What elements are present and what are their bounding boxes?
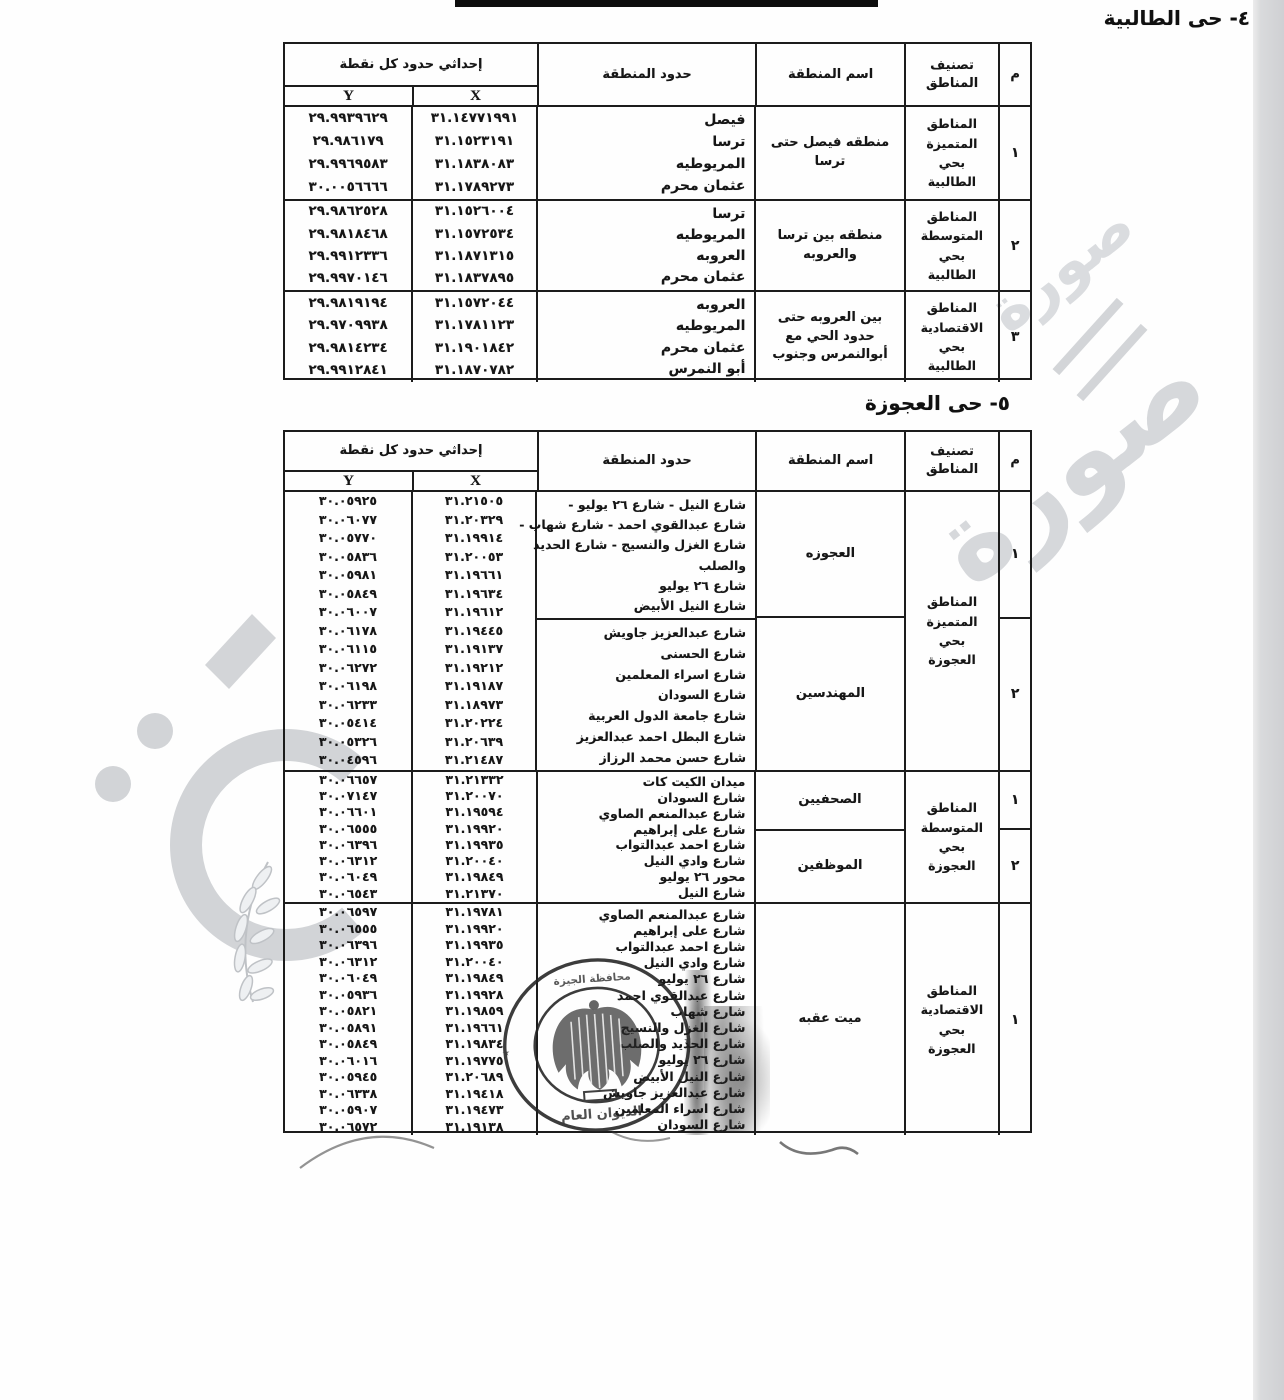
y-coordinate-value: ٣٠.٠٦١١٥	[319, 643, 377, 656]
y-coordinate-value: ٣٠.٠٥٩٠٧	[319, 1104, 377, 1117]
y-coordinate-value: ٣٠.٠٥٤١٤	[319, 717, 377, 730]
x-coordinate-value: ٣١.٢١٥٠٥	[445, 495, 503, 508]
col-header-bounds: حدود المنطقة	[537, 432, 755, 490]
x-coordinate-value: ٣١.٢١٣٧٠	[445, 888, 503, 901]
stamp-star-ornament: ٭	[501, 1043, 510, 1062]
table-header-row: م تصنيف المناطق اسم المنطقة حدود المنطقة…	[285, 44, 1030, 107]
boundary-line: ميدان الكيت كات	[547, 774, 746, 789]
x-coordinate-value: ٣١.١٨٧١٣١٥	[435, 250, 514, 264]
boundary-line: شارع جامعة الدول العربية	[546, 708, 746, 723]
y-coordinate-value: ٣٠.٠٥٨٤٩	[319, 588, 377, 601]
y-coordinate-value: ٣٠.٠٦٣١٢	[319, 855, 377, 868]
y-coordinate-value: ٢٩.٩٩٣٩٦٢٩	[309, 112, 388, 126]
boundary-line: شارع النيل - شارع ٢٦ يوليو -	[546, 497, 746, 512]
y-coordinate-value: ٣٠.٠٦٠٤٩	[319, 972, 377, 985]
scanned-document-page: صورة صورة ٤- حى الطالبية م تصنيف ال	[0, 0, 1284, 1400]
boundary-line: شارع ٢٦ يوليو	[546, 578, 746, 593]
col-header-coords: إحداثي حدود كل نقطة	[285, 44, 537, 87]
classification-cell: المناطق المتميزة بحي الطالبية	[904, 107, 999, 199]
x-coordinate-value: ٣١.١٩٨٤٩	[445, 871, 503, 884]
x-coordinate-value: ٣١.١٩٧٨١	[445, 906, 503, 919]
x-coordinate-value: ٣١.٢٠٠٤٠	[445, 855, 503, 868]
boundary-line: محور ٢٦ يوليو	[547, 869, 746, 884]
table-group-row: ١٢المناطق المتميزة بحي العجوزةالعجوزهالم…	[285, 492, 1030, 770]
x-coordinate-value: ٣١.١٤٧٧١٩٩١	[431, 112, 519, 126]
x-coordinate-value: ٣١.١٥٧٢٥٣٤	[435, 228, 514, 242]
x-coordinate-value: ٣١.١٩٦٣٤	[445, 588, 503, 601]
x-coordinate-value: ٣١.١٩٩٢٠	[445, 923, 503, 936]
boundary-line: عثمان محرم	[547, 340, 746, 356]
area-name-cell: بين العروبه حتى حدود الحي مع أبوالنمرس و…	[756, 292, 903, 382]
x-coordinate-value: ٣١.١٨٩٧٣	[445, 699, 503, 712]
x-coordinate-value: ٣١.١٩٩٣٥	[445, 839, 503, 852]
y-coordinates-column: ٣٠.٠٦٦٥٧٣٠.٠٧١٤٧٣٠.٠٦٦٠١٣٠.٠٦٥٥٥٣٠.٠٦٣٩٦…	[285, 772, 411, 902]
x-coordinate-value: ٣١.١٥٢٣١٩١	[435, 135, 514, 149]
y-coordinates-column: ٣٠.٠٥٩٢٥٣٠.٠٦٠٧٧٣٠.٠٥٧٧٠٣٠.٠٥٨٣٦٣٠.٠٥٩٨١…	[285, 492, 411, 770]
y-coordinate-value: ٢٩.٩٩٧٠١٤٦	[309, 272, 388, 286]
y-coordinate-value: ٣٠.٠٦٥٤٣	[319, 888, 377, 901]
x-coordinate-value: ٣١.١٩٦٦١	[445, 569, 503, 582]
y-coordinates-column: ٣٠.٠٦٥٩٧٣٠.٠٦٥٥٥٣٠.٠٦٣٩٦٣٠.٠٦٣١٢٣٠.٠٦٠٤٩…	[285, 904, 411, 1135]
boundaries-column: شارع النيل - شارع ٢٦ يوليو -شارع عبدالقو…	[535, 492, 755, 770]
x-coordinate-value: ٣١.١٩٤٤٥	[445, 625, 503, 638]
y-coordinate-value: ٣٠.٠٥٧٧٠	[319, 532, 377, 545]
boundary-line: شارع الغزل والنسيج - شارع الحديد	[546, 537, 746, 552]
boundaries-cell: شارع عبدالعزيز جاويششارع الحسنىشارع اسرا…	[537, 618, 755, 770]
boundary-line: عثمان محرم	[547, 269, 746, 285]
col-header-num: م	[998, 44, 1030, 105]
row-number-cell: ١	[1000, 772, 1030, 828]
boundary-line: العروبه	[547, 297, 746, 313]
table-group-row: ٢المناطق المتوسطة بحي الطالبيةمنطقه بين …	[285, 199, 1030, 290]
row-number-column: ١	[998, 904, 1030, 1135]
area-name-column: بين العروبه حتى حدود الحي مع أبوالنمرس و…	[754, 292, 903, 382]
x-coordinate-value: ٣١.١٧٨١١٢٣	[435, 319, 514, 333]
x-coordinates-column: ٣١.٢١٥٠٥٣١.٢٠٣٢٩٣١.١٩٩١٤٣١.٢٠٠٥٣٣١.١٩٦٦١…	[411, 492, 535, 770]
y-coordinate-value: ٣٠.٠٠٥٦٦٦٦	[309, 181, 388, 195]
y-coordinate-value: ٣٠.٠٦١٩٨	[319, 680, 377, 693]
boundary-line: شارع الحسنى	[546, 646, 746, 661]
row-number-cell: ٢	[1000, 828, 1030, 902]
x-coordinate-value: ٣١.١٨٣٨٠٨٣	[435, 158, 514, 172]
y-coordinate-value: ٣٠.٠٦٥٥٥	[319, 923, 377, 936]
x-coordinate-value: ٣١.١٩١٣٧	[445, 643, 503, 656]
x-coordinate-value: ٣١.١٨٧٠٧٨٢	[435, 364, 514, 378]
x-coordinate-value: ٣١.١٩٩١٤	[445, 532, 503, 545]
boundaries-column: ترساالمريوطيهالعروبهعثمان محرم	[536, 201, 755, 290]
table-header-row: م تصنيف المناطق اسم المنطقة حدود المنطقة…	[285, 432, 1030, 492]
boundary-line: شارع على إبراهيم	[547, 822, 746, 837]
x-coordinate-value: ٣١.٢٠٦٣٩	[445, 736, 503, 749]
x-coordinate-value: ٣١.١٨٣٧٨٩٥	[435, 272, 514, 286]
y-coordinate-value: ٣٠.٠٦٣٩٦	[319, 939, 377, 952]
y-coordinate-value: ٣٠.٠٦٥٩٧	[319, 906, 377, 919]
y-coordinate-value: ٣٠.٠٧١٤٧	[319, 790, 377, 803]
row-number-cell: ٢	[1000, 617, 1030, 770]
table-group-row: ٣المناطق الاقتصادية بحي الطالبيةبين العر…	[285, 290, 1030, 382]
x-coordinate-value: ٣١.٢٠٢٢٤	[445, 717, 503, 730]
section-title-5: ٥- حى العجوزة	[860, 391, 1010, 415]
col-header-y: Y	[285, 87, 412, 105]
row-number-column: ١	[998, 107, 1030, 199]
y-coordinate-value: ٢٩.٩٩٦٩٥٨٣	[309, 158, 388, 172]
y-coordinate-value: ٢٩.٩٨٦٢٥٢٨	[309, 205, 388, 219]
y-coordinates-column: ٢٩.٩٩٣٩٦٢٩٢٩.٩٨٦١٧٩٢٩.٩٩٦٩٥٨٣٣٠.٠٠٥٦٦٦٦	[285, 107, 411, 199]
section-title-4: ٤- حى الطالبية	[1060, 6, 1250, 30]
x-coordinate-value: ٣١.٢١٤٨٧	[445, 754, 503, 767]
y-coordinate-value: ٣٠.٠٦٠٤٩	[319, 871, 377, 884]
y-coordinates-column: ٢٩.٩٨٦٢٥٢٨٢٩.٩٨١٨٤٦٨٢٩.٩٩١٢٣٣٦٢٩.٩٩٧٠١٤٦	[285, 201, 411, 290]
y-coordinate-value: ٣٠.٠٤٥٩٦	[319, 754, 377, 767]
boundaries-cell: العروبهالمريوطيهعثمان محرمأبو النمرس	[538, 292, 755, 382]
boundaries-column: العروبهالمريوطيهعثمان محرمأبو النمرس	[536, 292, 755, 382]
y-coordinate-value: ٣٠.٠٥٨٢١	[319, 1005, 377, 1018]
row-number-column: ٣	[998, 292, 1030, 382]
col-header-coords: إحداثي حدود كل نقطة	[285, 432, 537, 472]
eagle-base-plaque	[584, 1090, 617, 1101]
classification-cell: المناطق المتوسطة بحي الطالبية	[904, 201, 999, 290]
col-header-classification: تصنيف المناطق	[904, 432, 998, 490]
boundary-line: شارع وادي النيل	[547, 853, 746, 868]
x-coordinate-value: ٣١.١٧٨٩٢٧٣	[435, 181, 514, 195]
classification-cell: المناطق الاقتصادية بحي الطالبية	[904, 292, 999, 382]
stamp-top-text: محافظة الجيزة	[553, 970, 631, 987]
col-header-bounds: حدود المنطقة	[537, 44, 755, 105]
x-coordinate-value: ٣١.١٩٠١٨٤٢	[435, 342, 514, 356]
y-coordinate-value: ٣٠.٠٥٨٣٦	[319, 551, 377, 564]
row-number-column: ٢	[998, 201, 1030, 290]
col-header-coords-group: إحداثي حدود كل نقطة X Y	[285, 432, 537, 490]
x-coordinates-column: ٣١.١٥٧٢٠٤٤٣١.١٧٨١١٢٣٣١.١٩٠١٨٤٢٣١.١٨٧٠٧٨٢	[411, 292, 535, 382]
table-body: ١المناطق المتميزة بحي الطالبيةمنطقه فيصل…	[285, 107, 1030, 382]
y-coordinate-value: ٢٩.٩٨١٨٤٦٨	[309, 228, 388, 242]
col-header-area-name: اسم المنطقة	[755, 432, 904, 490]
col-header-x: X	[412, 472, 537, 490]
boundary-line: شارع البطل احمد عبدالعزيز	[546, 729, 746, 744]
boundary-line: والصلب	[546, 558, 746, 573]
col-header-x: X	[412, 87, 537, 105]
area-name-cell: المهندسين	[757, 616, 904, 770]
row-number-cell: ١	[1000, 492, 1030, 617]
y-coordinate-value: ٣٠.٠٦٢٣٣	[319, 699, 377, 712]
y-coordinate-value: ٣٠.٠٦٥٥٥	[319, 823, 377, 836]
classification-cell: المناطق الاقتصادية بحي العجوزة	[904, 904, 999, 1135]
y-coordinate-value: ٣٠.٠٦٠٠٧	[319, 606, 377, 619]
y-coordinate-value: ٣٠.٠٦٣٩٦	[319, 839, 377, 852]
area-name-cell: ميت عقبه	[756, 904, 903, 1135]
boundary-line: شارع النيل	[547, 885, 746, 900]
boundaries-column: فيصلترساالمريوطيهعثمان محرم	[536, 107, 755, 199]
y-coordinate-value: ٣٠.٠٦٠٧٧	[319, 514, 377, 527]
y-coordinate-value: ٢٩.٩٨١٤٢٣٤	[309, 342, 388, 356]
y-coordinate-value: ٢٩.٩٨١٩١٩٤	[309, 297, 388, 311]
boundary-line: شارع النيل الأبيض	[546, 598, 746, 613]
boundary-line: شارع حسن محمد الرزاز	[546, 750, 746, 765]
boundary-line: ترسا	[547, 134, 746, 150]
x-coordinate-value: ٣١.١٩٥٩٤	[445, 806, 503, 819]
y-coordinate-value: ٢٩.٩٧٠٩٩٣٨	[309, 319, 388, 333]
y-coordinate-value: ٣٠.٠٦٥٧٢	[319, 1121, 377, 1134]
col-header-y: Y	[285, 472, 412, 490]
y-coordinate-value: ٣٠.٠٥٩٢٥	[319, 495, 377, 508]
boundaries-cell: ميدان الكيت كاتشارع السودانشارع عبدالمنع…	[538, 772, 755, 902]
col-header-area-name: اسم المنطقة	[755, 44, 904, 105]
y-coordinate-value: ٣٠.٠٦٣١٢	[319, 956, 377, 969]
boundaries-cell: فيصلترساالمريوطيهعثمان محرم	[538, 107, 755, 199]
y-coordinate-value: ٣٠.٠٥٨٤٩	[319, 1038, 377, 1051]
boundary-line: فيصل	[547, 112, 746, 128]
y-coordinate-value: ٣٠.٠٦١٧٨	[319, 625, 377, 638]
boundary-line: أبو النمرس	[547, 361, 746, 377]
y-coordinate-value: ٢٩.٩٩١٢٣٣٦	[309, 250, 388, 264]
boundary-line: شارع عبدالمنعم الصاوي	[547, 806, 746, 821]
stamp-star-ornament: ٭	[683, 1030, 692, 1049]
boundary-line: المريوطيه	[547, 156, 746, 172]
row-number-column: ١٢	[998, 772, 1030, 902]
area-name-cell: منطقه بين ترسا والعروبه	[756, 201, 903, 290]
x-coordinate-value: ٣١.٢١٣٣٢	[445, 774, 503, 787]
x-coordinates-column: ٣١.٢١٣٣٢٣١.٢٠٠٧٠٣١.١٩٥٩٤٣١.١٩٩٢٠٣١.١٩٩٣٥…	[411, 772, 535, 902]
area-name-cell: العجوزه	[757, 492, 904, 616]
y-coordinate-value: ٣٠.٠٥٣٢٦	[319, 736, 377, 749]
boundary-line: المريوطيه	[547, 318, 746, 334]
talbia-districts-table: م تصنيف المناطق اسم المنطقة حدود المنطقة…	[283, 42, 1032, 380]
area-name-column: ميت عقبه	[754, 904, 903, 1135]
boundary-line: شارع عبدالقوي احمد - شارع شهاب -	[546, 517, 746, 532]
y-coordinate-value: ٣٠.٠٥٩٣٦	[319, 989, 377, 1002]
x-coordinate-value: ٣١.١٩٢١٢	[445, 662, 503, 675]
y-coordinates-column: ٢٩.٩٨١٩١٩٤٢٩.٩٧٠٩٩٣٨٢٩.٩٨١٤٢٣٤٢٩.٩٩١٢٨٤١	[285, 292, 411, 382]
table-group-row: ١المناطق المتميزة بحي الطالبيةمنطقه فيصل…	[285, 107, 1030, 199]
y-coordinate-value: ٣٠.٠٦٢٧٢	[319, 662, 377, 675]
boundary-line: العروبه	[547, 248, 746, 264]
y-coordinate-value: ٣٠.٠٦٠١٦	[319, 1055, 377, 1068]
area-name-column: منطقه بين ترسا والعروبه	[754, 201, 903, 290]
x-coordinate-value: ٣١.٢٠٠٧٠	[445, 790, 503, 803]
watermark-dot	[95, 766, 131, 802]
area-name-column: العجوزهالمهندسين	[755, 492, 904, 770]
y-coordinate-value: ٢٩.٩٨٦١٧٩	[313, 135, 384, 149]
official-round-stamp: محافظة الجيزة الديوان العام ٭ ٭	[460, 919, 734, 1178]
classification-cell: المناطق المتميزة بحي العجوزة	[904, 492, 998, 770]
boundary-line: شارع اسراء المعلمين	[546, 667, 746, 682]
area-name-cell: الصحفيين	[756, 772, 903, 829]
watermark-dot	[137, 713, 173, 749]
y-coordinate-value: ٣٠.٠٥٩٤٥	[319, 1071, 377, 1084]
x-coordinates-column: ٣١.١٥٢٦٠٠٤٣١.١٥٧٢٥٣٤٣١.١٨٧١٣١٥٣١.١٨٣٧٨٩٥	[411, 201, 535, 290]
row-number-cell: ١	[1000, 107, 1030, 199]
row-number-cell: ٣	[1000, 292, 1030, 382]
y-coordinate-value: ٢٩.٩٩١٢٨٤١	[309, 364, 388, 378]
x-coordinate-value: ٣١.٢٠٠٥٣	[445, 551, 503, 564]
x-coordinate-value: ٣١.١٥٢٦٠٠٤	[435, 205, 514, 219]
y-coordinate-value: ٣٠.٠٦٣٣٨	[319, 1088, 377, 1101]
boundary-line: شارع السودان	[546, 687, 746, 702]
x-coordinate-value: ٣١.١٩١٨٧	[445, 680, 503, 693]
area-name-cell: الموظفين	[756, 829, 903, 902]
area-name-column: الصحفيينالموظفين	[754, 772, 903, 902]
col-header-classification: تصنيف المناطق	[904, 44, 998, 105]
x-coordinates-column: ٣١.١٤٧٧١٩٩١٣١.١٥٢٣١٩١٣١.١٨٣٨٠٨٣٣١.١٧٨٩٢٧…	[411, 107, 535, 199]
area-name-column: منطقه فيصل حتى ترسا	[754, 107, 903, 199]
y-coordinate-value: ٣٠.٠٦٦٥٧	[319, 774, 377, 787]
boundaries-column: ميدان الكيت كاتشارع السودانشارع عبدالمنع…	[536, 772, 755, 902]
x-coordinate-value: ٣١.١٩٦١٢	[445, 606, 503, 619]
stamp-bottom-text: الديوان العام	[561, 1104, 643, 1125]
boundary-line: شارع السودان	[547, 790, 746, 805]
y-coordinate-value: ٣٠.٠٥٩٨١	[319, 569, 377, 582]
row-number-column: ١٢	[998, 492, 1030, 770]
boundaries-cell: ترساالمريوطيهالعروبهعثمان محرم	[538, 201, 755, 290]
table-group-row: ١٢المناطق المتوسطة بحي العجوزةالصحفيينال…	[285, 770, 1030, 902]
row-number-cell: ١	[1000, 904, 1030, 1135]
boundary-line: شارع احمد عبدالتواب	[547, 837, 746, 852]
boundary-line: المريوطيه	[547, 227, 746, 243]
y-coordinate-value: ٣٠.٠٥٨٩١	[319, 1022, 377, 1035]
boundaries-cell: شارع النيل - شارع ٢٦ يوليو -شارع عبدالقو…	[537, 492, 755, 618]
col-header-coords-group: إحداثي حدود كل نقطة X Y	[285, 44, 537, 105]
boundary-line: عثمان محرم	[547, 178, 746, 194]
boundary-line: شارع عبدالعزيز جاويش	[546, 625, 746, 640]
x-coordinate-value: ٣١.١٥٧٢٠٤٤	[435, 297, 514, 311]
col-header-num: م	[998, 432, 1030, 490]
x-coordinate-value: ٣١.٢٠٣٢٩	[445, 514, 503, 527]
boundary-line: ترسا	[547, 206, 746, 222]
watermark-band	[205, 614, 276, 689]
classification-cell: المناطق المتوسطة بحي العجوزة	[904, 772, 999, 902]
row-number-cell: ٢	[1000, 201, 1030, 290]
y-coordinate-value: ٣٠.٠٦٦٠١	[319, 806, 377, 819]
x-coordinate-value: ٣١.١٩٩٢٠	[445, 823, 503, 836]
area-name-cell: منطقه فيصل حتى ترسا	[756, 107, 903, 199]
